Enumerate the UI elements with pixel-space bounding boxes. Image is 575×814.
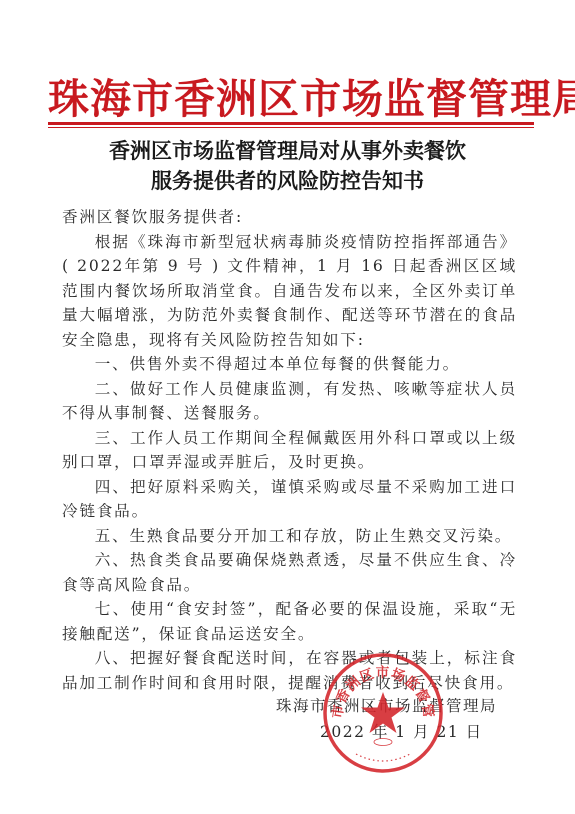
document-title-line-2: 服务提供者的风险防控告知书: [40, 166, 535, 196]
masthead-rule-thin: [48, 127, 534, 128]
seal-star-icon: [361, 692, 405, 733]
item-3: 三、工作人员工作期间全程佩戴医用外科口罩或以上级别口罩，口罩弄湿或弄脏后，及时更…: [62, 426, 517, 475]
salutation: 香洲区餐饮服务提供者:: [62, 205, 517, 230]
official-seal-icon: 珠海市香洲区市场监督管理局: [322, 652, 444, 774]
item-1: 一、供售外卖不得超过本单位每餐的供餐能力。: [62, 352, 517, 377]
item-5: 五、生熟食品要分开加工和存放，防止生熟交叉污染。: [62, 524, 517, 549]
item-4: 四、把好原料采购关，谨慎采购或尽量不采购加工进口冷链食品。: [62, 475, 517, 524]
item-2: 二、做好工作人员健康监测，有发热、咳嗽等症状人员不得从事制餐、送餐服务。: [62, 377, 517, 426]
item-7: 七、使用“食安封签”，配备必要的保温设施，采取“无接触配送”，保证食品运送安全。: [62, 597, 517, 646]
issuer-masthead: 珠海市香洲区市场监督管理局: [48, 76, 534, 122]
document-body: 香洲区餐饮服务提供者: 根据《珠海市新型冠状病毒肺炎疫情防控指挥部通告》( 20…: [62, 205, 517, 695]
document-title-line-1: 香洲区市场监督管理局对从事外卖餐饮: [40, 136, 535, 166]
item-6: 六、热食类食品要确保烧熟煮透，尽量不供应生食、冷食等高风险食品。: [62, 548, 517, 597]
document-title: 香洲区市场监督管理局对从事外卖餐饮 服务提供者的风险防控告知书: [40, 136, 535, 196]
item-8: 八、把握好餐食配送时间，在容器或者包装上，标注食品加工制作时间和食用时限，提醒消…: [62, 646, 517, 695]
masthead-rule-thick: [48, 122, 534, 125]
intro-paragraph: 根据《珠海市新型冠状病毒肺炎疫情防控指挥部通告》( 2022年第 9 号 ) 文…: [62, 230, 517, 353]
